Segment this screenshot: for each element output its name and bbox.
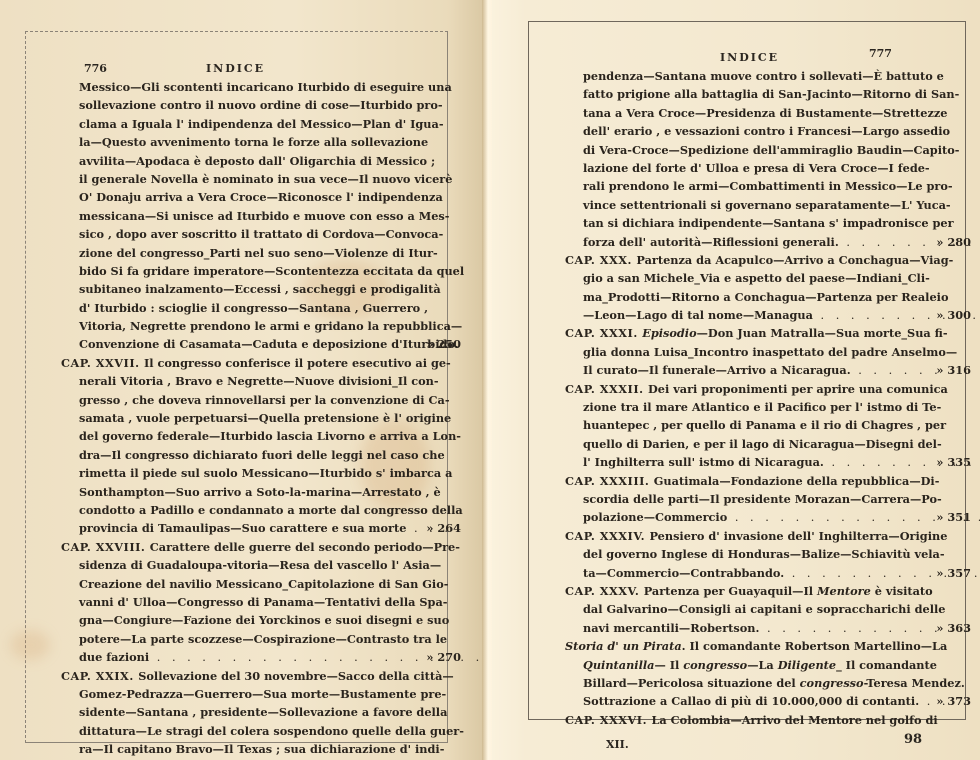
chapter-label: CAP. XXVII. [61,356,144,370]
index-line: navi mercantili—Robertson. . . . . . . .… [565,619,963,637]
index-line: provincia di Tamaulipas—Suo carattere e … [61,519,453,537]
index-line: lazione del forte d' Ulloa e presa di Ve… [565,159,963,177]
running-head: INDICE [720,51,779,64]
entry-text: ta—Commercio—Contrabbando. [583,566,784,580]
entry-text: polazione—Commercio [583,510,727,524]
entry-text: Vitoria, Negrette prendono le armi e gri… [79,319,462,333]
entry-text: forza dell' autorità—Riflessioni general… [583,235,839,249]
index-line: dell' erario , e vessazioni contro i Fra… [565,122,963,140]
italic-text: congresso [800,676,864,690]
index-line: clama a Iguala l' indipendenza del Messi… [61,115,453,133]
page-reference: » 351 [936,508,971,526]
chapter-entry-line: CAP. XXXIII. Guatimala—Fondazione della … [565,472,963,490]
index-line: glia donna Luisa_Incontro inaspettato de… [565,343,963,361]
entry-text: sollevazione contro il nuovo ordine di c… [79,98,443,112]
entry-text: d' Iturbido : scioglie il congresso—Sant… [79,301,428,315]
entry-text: huantepec , per quello di Panama e il ri… [583,418,946,432]
entry-text: del governo federale—Iturbido lascia Liv… [79,429,461,443]
index-line: del governo Inglese di Honduras—Balize—S… [565,545,963,563]
entry-text: tan si dichiara indipendente—Santana s' … [583,216,954,230]
page-reference: » 357 [936,564,971,582]
entry-text: zione del congresso_Parti nel suo seno—V… [79,246,438,260]
entry-text: lazione del forte d' Ulloa e presa di Ve… [583,161,930,175]
index-line: sollevazione contro il nuovo ordine di c… [61,96,453,114]
index-line: ta—Commercio—Contrabbando. . . . . . . .… [565,564,963,582]
entry-text: —Leon—Lago di tal nome—Managua [583,308,813,322]
index-line: vanni d' Ulloa—Congresso di Panama—Tenta… [61,593,453,611]
index-line: vince settentrionali si governano separa… [565,196,963,214]
entry-text: Guatimala—Fondazione della repubblica—Di… [654,474,940,488]
chapter-entry-line: CAP. XXXV. Partenza per Guayaquil—Il Men… [565,582,963,600]
index-body-left: Messico—Gli scontenti incaricano Iturbid… [61,78,453,758]
page-reference: » 270 [426,648,461,666]
index-line: sidenza di Guadaloupa-vitoria—Resa del v… [61,556,453,574]
index-line: ra—Il capitano Bravo—Il Texas ; sua dich… [61,740,453,758]
page-reference: » 250 [426,335,461,353]
index-line: bido Si fa gridare imperatore—Scontentez… [61,262,453,280]
entry-text: Pensiero d' invasione dell' Inghilterra—… [649,529,947,543]
entry-text: rali prendono le armi—Combattimenti in M… [583,179,953,193]
italic-text: Episodio [642,326,696,340]
running-head: INDICE [206,62,265,75]
entry-text: Billard—Pericolosa situazione del [583,676,800,690]
entry-text: Il curato—Il funerale—Arrivo a Nicaragua… [583,363,851,377]
index-line: huantepec , per quello di Panama e il ri… [565,416,963,434]
entry-text: — Il [655,658,684,672]
index-line: Creazione del navilio Messicano_Capitola… [61,575,453,593]
index-line: del governo federale—Iturbido lascia Liv… [61,427,453,445]
index-line: Sonthampton—Suo arrivo a Soto-la-marina—… [61,483,453,501]
index-line: Convenzione di Casamata—Caduta e deposiz… [61,335,453,353]
index-line: forza dell' autorità—Riflessioni general… [565,233,963,251]
entry-text: l' Inghilterra sull' istmo di Nicaragua. [583,455,824,469]
index-line: di Vera-Croce—Spedizione dell'ammiraglio… [565,141,963,159]
signature-mark: XII. [606,738,629,751]
entry-text: Carattere delle guerre del secondo perio… [150,540,460,554]
entry-text: Messico—Gli scontenti incaricano Iturbid… [79,80,452,94]
chapter-label: CAP. XXXIII. [565,474,654,488]
sheet-number: 98 [904,732,922,747]
italic-text: Mentore [817,584,871,598]
index-line: il generale Novella è nominato in sua ve… [61,170,453,188]
entry-text: vince settentrionali si governano separa… [583,198,951,212]
index-line: avvilita—Apodaca è deposto dall' Oligarc… [61,152,453,170]
chapter-label: CAP. XXXII. [565,382,648,396]
index-line: —Leon—Lago di tal nome—Managua . . . . .… [565,306,963,324]
entry-text: _ Il comandante [836,658,937,672]
index-line: Quintanilla— Il congresso—La Diligente_ … [565,656,963,674]
page-reference: » 363 [936,619,971,637]
book-gutter [482,0,492,760]
entry-text: sico , dopo aver soscritto il trattato d… [79,227,443,241]
italic-text: Storia d' un Pirata [565,639,682,653]
chapter-entry-line: CAP. XXXI. Episodio—Don Juan Matralla—Su… [565,324,963,342]
index-line: polazione—Commercio . . . . . . . . . . … [565,508,963,526]
index-line: messicana—Si unisce ad Iturbido e muove … [61,207,453,225]
page-reference: » 280 [936,233,971,251]
entry-text: ma_Prodotti—Ritorno a Conchagua—Partenza… [583,290,948,304]
chapter-entry-line: CAP. XXXIV. Pensiero d' invasione dell' … [565,527,963,545]
entry-text: sidente—Santana , presidente—Sollevazion… [79,705,447,719]
page-reference: » 335 [936,453,971,471]
index-line: scordia delle parti—Il presidente Moraza… [565,490,963,508]
index-line: sico , dopo aver soscritto il trattato d… [61,225,453,243]
entry-text: gresso , che doveva rinnovellarsi per la… [79,393,450,407]
index-line: due fazioni . . . . . . . . . . . . . . … [61,648,453,666]
index-line: Billard—Pericolosa situazione del congre… [565,674,963,692]
chapter-entry-line: CAP. XXXII. Dei vari proponimenti per ap… [565,380,963,398]
index-line: samata , vuole perpetuarsi—Quella preten… [61,409,453,427]
entry-text: fatto prigione alla battaglia di San-Jac… [583,87,959,101]
entry-text: dell' erario , e vessazioni contro i Fra… [583,124,950,138]
entry-text: Partenza da Acapulco—Arrivo a Conchagua—… [636,253,953,267]
italic-text: congresso [683,658,747,672]
chapter-label: CAP. XXVIII. [61,540,150,554]
entry-text: dittatura—Le stragi del colera sospendon… [79,724,464,738]
index-line: fatto prigione alla battaglia di San-Jac… [565,85,963,103]
entry-text: due fazioni [79,650,149,664]
index-line: O' Donaju arriva a Vera Croce—Riconosce … [61,188,453,206]
entry-text: Convenzione di Casamata—Caduta e deposiz… [79,337,459,351]
index-line: Il curato—Il funerale—Arrivo a Nicaragua… [565,361,963,379]
entry-text: sidenza di Guadaloupa-vitoria—Resa del v… [79,558,441,572]
entry-text: O' Donaju arriva a Vera Croce—Riconosce … [79,190,443,204]
entry-text: . Il comandante Robertson Martellino—La [682,639,948,653]
entry-text: Sonthampton—Suo arrivo a Soto-la-marina—… [79,485,441,499]
entry-text: condotto a Padillo e condannato a morte … [79,503,463,517]
entry-text: samata , vuole perpetuarsi—Quella preten… [79,411,451,425]
page-reference: » 316 [936,361,971,379]
entry-text: Sottrazione a Callao di più di 10.000,00… [583,694,919,708]
index-line: zione del congresso_Parti nel suo seno—V… [61,244,453,262]
entry-text: Partenza per Guayaquil—Il [644,584,817,598]
entry-text: clama a Iguala l' indipendenza del Messi… [79,117,444,131]
entry-text: Sollevazione del 30 novembre—Sacco della… [138,669,454,683]
entry-text: subitaneo inalzamento—Eccessi , sacchegg… [79,282,441,296]
chapter-entry-line: CAP. XXVII. Il congresso conferisce il p… [61,354,453,372]
page-reference: » 373 [936,692,971,710]
entry-text: il generale Novella è nominato in sua ve… [79,172,452,186]
left-page: 776 INDICE Messico—Gli scontenti incaric… [0,0,486,760]
entry-text: vanni d' Ulloa—Congresso di Panama—Tenta… [79,595,447,609]
index-line: nerali Vitoria , Bravo e Negrette—Nuove … [61,372,453,390]
entry-text: provincia di Tamaulipas—Suo carattere e … [79,521,406,535]
entry-text: la—Questo avvenimento torna le forze all… [79,135,428,149]
index-line: Storia d' un Pirata. Il comandante Rober… [565,637,963,655]
entry-text: gio a san Michele_Via e aspetto del paes… [583,271,930,285]
entry-text: glia donna Luisa_Incontro inaspettato de… [583,345,957,359]
chapter-label: CAP. XXXVI. [565,713,651,727]
entry-text: ra—Il capitano Bravo—Il Texas ; sua dich… [79,742,444,756]
index-line: pendenza—Santana muove contro i sollevat… [565,67,963,85]
entry-text: rimetta il piede sul suolo Messicano—Itu… [79,466,452,480]
entry-text: del governo Inglese di Honduras—Balize—S… [583,547,945,561]
index-line: gna—Congiure—Fazione dei Yorckinos e suo… [61,611,453,629]
entry-text: dra—Il congresso dichiarato fuori delle … [79,448,445,462]
entry-text: di Vera-Croce—Spedizione dell'ammiraglio… [583,143,959,157]
page-reference: » 300 [936,306,971,324]
entry-text: Creazione del navilio Messicano_Capitola… [79,577,448,591]
index-line: potere—La parte scozzese—Cospirazione—Co… [61,630,453,648]
index-line: Sottrazione a Callao di più di 10.000,00… [565,692,963,710]
index-line: rimetta il piede sul suolo Messicano—Itu… [61,464,453,482]
italic-text: Quintanilla [583,658,655,672]
index-line: Messico—Gli scontenti incaricano Iturbid… [61,78,453,96]
page-number: 777 [869,47,892,60]
entry-text: zione tra il mare Atlantico e il Pacific… [583,400,941,414]
entry-text: dal Galvarino—Consigli ai capitani e sop… [583,602,945,616]
entry-text: —La [747,658,778,672]
chapter-label: CAP. XXIX. [61,669,138,683]
index-line: subitaneo inalzamento—Eccessi , sacchegg… [61,280,453,298]
entry-text: gna—Congiure—Fazione dei Yorckinos e suo… [79,613,449,627]
book-spread: 776 INDICE Messico—Gli scontenti incaric… [0,0,980,760]
chapter-entry-line: CAP. XXVIII. Carattere delle guerre del … [61,538,453,556]
index-line: sidente—Santana , presidente—Sollevazion… [61,703,453,721]
entry-text: bido Si fa gridare imperatore—Scontentez… [79,264,464,278]
chapter-entry-line: CAP. XXIX. Sollevazione del 30 novembre—… [61,667,453,685]
index-line: condotto a Padillo e condannato a morte … [61,501,453,519]
entry-text: navi mercantili—Robertson. [583,621,759,635]
entry-text: messicana—Si unisce ad Iturbido e muove … [79,209,449,223]
entry-text: —Don Juan Matralla—Sua morte_Sua fi- [697,326,948,340]
chapter-label: CAP. XXXI. [565,326,642,340]
index-line: Vitoria, Negrette prendono le armi e gri… [61,317,453,335]
index-line: dal Galvarino—Consigli ai capitani e sop… [565,600,963,618]
entry-text: Il congresso conferisce il potere esecut… [144,356,451,370]
index-line: d' Iturbido : scioglie il congresso—Sant… [61,299,453,317]
index-line: gio a san Michele_Via e aspetto del paes… [565,269,963,287]
index-line: rali prendono le armi—Combattimenti in M… [565,177,963,195]
page-number: 776 [84,62,107,75]
entry-text: è visitato [871,584,933,598]
entry-text: tana a Vera Croce—Presidenza di Bustamen… [583,106,947,120]
paper-stain [10,630,50,660]
index-line: gresso , che doveva rinnovellarsi per la… [61,391,453,409]
chapter-label: CAP. XXXIV. [565,529,649,543]
entry-text: quello di Darien, e per il lago di Nicar… [583,437,942,451]
entry-text: scordia delle parti—Il presidente Moraza… [583,492,942,506]
index-line: tana a Vera Croce—Presidenza di Bustamen… [565,104,963,122]
index-line: dittatura—Le stragi del colera sospendon… [61,722,453,740]
index-line: Gomez-Pedrazza—Guerrero—Sua morte—Bustam… [61,685,453,703]
index-line: l' Inghilterra sull' istmo di Nicaragua.… [565,453,963,471]
entry-text: pendenza—Santana muove contro i sollevat… [583,69,944,83]
index-line: la—Questo avvenimento torna le forze all… [61,133,453,151]
entry-text: Dei vari proponimenti per aprire una com… [648,382,948,396]
chapter-label: CAP. XXXV. [565,584,644,598]
chapter-label: CAP. XXX. [565,253,636,267]
page-reference: » 264 [426,519,461,537]
index-line: ma_Prodotti—Ritorno a Conchagua—Partenza… [565,288,963,306]
right-page: INDICE 777 pendenza—Santana muove contro… [486,0,980,760]
entry-text: potere—La parte scozzese—Cospirazione—Co… [79,632,447,646]
index-line: quello di Darien, e per il lago di Nicar… [565,435,963,453]
entry-text: -Teresa Mendez. [864,676,965,690]
index-line: tan si dichiara indipendente—Santana s' … [565,214,963,232]
index-line: dra—Il congresso dichiarato fuori delle … [61,446,453,464]
index-line: zione tra il mare Atlantico e il Pacific… [565,398,963,416]
entry-text: avvilita—Apodaca è deposto dall' Oligarc… [79,154,435,168]
entry-text: Gomez-Pedrazza—Guerrero—Sua morte—Bustam… [79,687,446,701]
chapter-entry-line: CAP. XXX. Partenza da Acapulco—Arrivo a … [565,251,963,269]
chapter-entry-line: CAP. XXXVI. La Colombia—Arrivo del Mento… [565,711,963,729]
italic-text: Diligente [778,658,836,672]
index-body-right: pendenza—Santana muove contro i sollevat… [565,67,963,729]
entry-text: La Colombia—Arrivo del Mentore nel golfo… [651,713,937,727]
entry-text: nerali Vitoria , Bravo e Negrette—Nuove … [79,374,439,388]
